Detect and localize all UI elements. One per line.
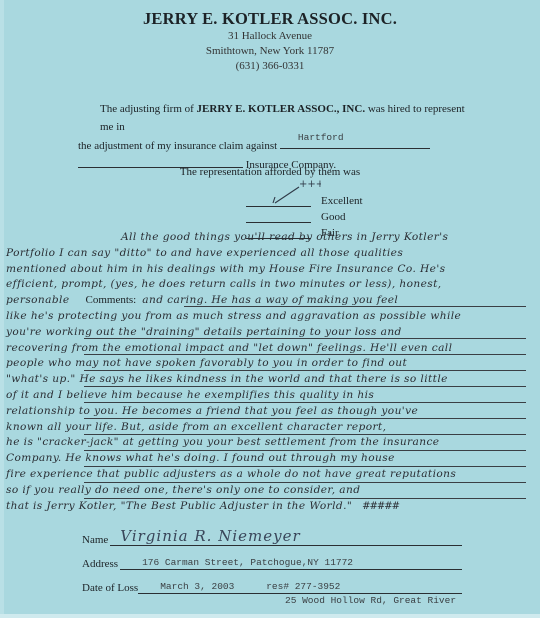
address-value: 176 Carman Street, Patchogue,NY 11772	[142, 557, 353, 568]
insurer-field[interactable]: Hartford	[280, 136, 430, 149]
firm-name: JERRY E. KOTLER ASSOC., INC.	[197, 103, 366, 115]
company-city: Smithtown, New York 11787	[0, 44, 540, 59]
page-edge-bottom	[0, 614, 540, 618]
comment-fragment: and caring. He has a way of making you f…	[142, 294, 398, 306]
address-row: Address 176 Carman Street, Patchogue,NY …	[82, 546, 462, 570]
name-label: Name	[82, 534, 108, 546]
res-phone-value: res# 277-3952	[266, 581, 340, 592]
intro-prefix: The adjusting firm of	[100, 103, 197, 115]
intro-paragraph: The adjusting firm of JERRY E. KOTLER AS…	[78, 100, 478, 174]
ruled-line	[84, 370, 526, 371]
rating-blank	[246, 211, 311, 223]
loss-address-value: 25 Wood Hollow Rd, Great River	[285, 595, 456, 606]
comment-line: efficient, prompt, (yes, he does return …	[6, 277, 536, 293]
ruled-line	[84, 418, 526, 419]
letterhead: JERRY E. KOTLER ASSOC. INC. 31 Hallock A…	[0, 9, 540, 74]
closing-marks: #####	[362, 501, 399, 512]
comment-line-with-label: personableComments:and caring. He has a …	[6, 293, 536, 309]
intro-claim-text: the adjustment of my insurance claim aga…	[78, 140, 277, 152]
page-edge	[0, 0, 4, 618]
date-of-loss-field[interactable]: March 3, 2003 res# 277-3952	[138, 579, 462, 594]
date-of-loss-value: March 3, 2003	[160, 581, 234, 592]
company-street: 31 Hallock Avenue	[0, 29, 540, 44]
rating-title: The representation afforded by them was	[0, 166, 540, 178]
ruled-line	[84, 450, 526, 451]
comment-line: he is "cracker-jack" at getting you your…	[6, 435, 536, 451]
checkmark-icon: +++	[271, 175, 321, 205]
comment-line: mentioned about him in his dealings with…	[6, 262, 536, 278]
name-field[interactable]: Virginia R. Niemeyer	[110, 531, 462, 546]
signature: Virginia R. Niemeyer	[120, 527, 300, 545]
comment-line: like he's protecting you from as much st…	[6, 309, 536, 325]
comment-line: fire experience that public adjusters as…	[6, 467, 536, 483]
ruled-line	[84, 434, 526, 435]
ruled-line	[84, 354, 526, 355]
ruled-line	[84, 338, 526, 339]
company-phone: (631) 366-0331	[0, 59, 540, 74]
comment-fragment: that is Jerry Kotler, "The Best Public A…	[6, 500, 352, 512]
comment-fragment: personable	[6, 294, 70, 306]
comment-line: known all your life. But, aside from an …	[6, 420, 536, 436]
comments-handwriting: All the good things you'll read by other…	[6, 230, 536, 514]
comments-label: Comments:	[86, 294, 137, 306]
address-label: Address	[82, 558, 118, 570]
date-of-loss-label: Date of Loss	[82, 582, 138, 594]
ruled-line	[84, 466, 526, 467]
rating-annotation: +++	[299, 179, 321, 190]
loss-address-row: 25 Wood Hollow Rd, Great River	[82, 594, 462, 608]
company-name: JERRY E. KOTLER ASSOC. INC.	[0, 9, 540, 29]
comment-line: so if you really do need one, there's on…	[6, 483, 536, 499]
date-of-loss-row: Date of Loss March 3, 2003 res# 277-3952	[82, 570, 462, 594]
rating-label: Excellent	[321, 195, 363, 207]
rating-label: Good	[321, 211, 345, 223]
comment-line-final: that is Jerry Kotler, "The Best Public A…	[6, 499, 536, 515]
comment-line: All the good things you'll read by other…	[6, 230, 536, 246]
claimant-info: Name Virginia R. Niemeyer Address 176 Ca…	[82, 516, 462, 608]
rating-option-good[interactable]: Good	[246, 207, 363, 223]
intro-line-2: the adjustment of my insurance claim aga…	[78, 136, 478, 155]
address-field[interactable]: 176 Carman Street, Patchogue,NY 11772	[120, 555, 462, 570]
ruled-line	[84, 386, 526, 387]
ruled-line	[84, 498, 526, 499]
comment-line: Company. He knows what he's doing. I fou…	[6, 451, 536, 467]
intro-line-1: The adjusting firm of JERRY E. KOTLER AS…	[78, 100, 478, 136]
ruled-line	[84, 402, 526, 403]
comment-line: Portfolio I can say "ditto" to and have …	[6, 246, 536, 262]
ruled-line	[184, 306, 526, 307]
insurer-value: Hartford	[298, 129, 344, 147]
ruled-line	[84, 482, 526, 483]
name-row: Name Virginia R. Niemeyer	[82, 516, 462, 546]
